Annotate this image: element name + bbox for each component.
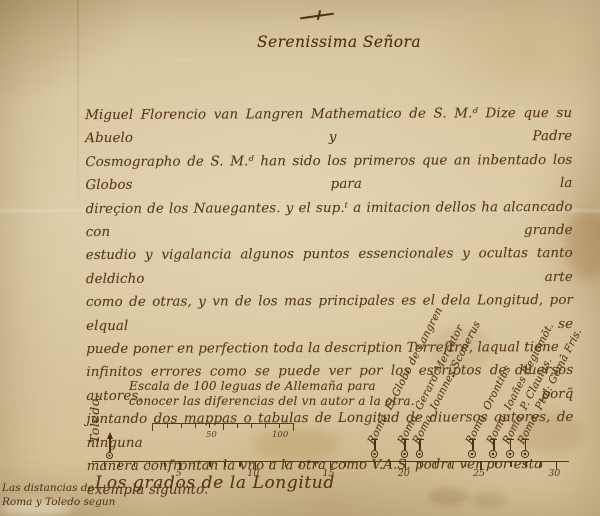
axis-tick	[525, 462, 526, 467]
letter-line: Miguel Florencio van Langren Mathematico…	[85, 102, 572, 151]
point-marker-icon	[521, 450, 529, 458]
letter-line: direçion de los Nauegantes. y el sup.ᵗ a…	[86, 196, 573, 245]
axis-tick-label: 25	[473, 468, 485, 479]
axis-tick	[300, 462, 301, 467]
cross-mark-icon	[298, 9, 336, 23]
axis-tick-label: 30	[548, 468, 560, 479]
letter-line: Cosmographo de S. M.ᵈ han sido los prime…	[85, 149, 572, 198]
axis-tick	[465, 462, 466, 467]
point-marker-icon	[489, 450, 497, 458]
letter-line: estudio y vigalancia algunos puntos esse…	[86, 242, 573, 291]
point-marker-icon	[401, 450, 409, 458]
axis-tick	[510, 462, 511, 467]
axis-tick	[345, 462, 346, 467]
point-marker-icon	[468, 450, 476, 458]
axis-tick	[285, 462, 286, 467]
axis-tick	[435, 462, 436, 467]
corner-note: Las distancias de Roma y Toledo segun	[2, 482, 115, 509]
axis-tick	[164, 462, 165, 467]
axis-tick	[134, 462, 135, 467]
corner-note-line2: Roma y Toledo segun	[2, 496, 115, 510]
axis-tick	[224, 462, 225, 467]
axis-tick	[390, 462, 391, 467]
axis-tick	[375, 462, 376, 467]
axis-tick	[239, 462, 240, 467]
axis-tick	[270, 462, 271, 467]
corner-note-line1: Las distancias de	[2, 482, 115, 496]
axis-tick	[360, 462, 361, 467]
axis-tick	[149, 462, 150, 467]
point-marker-icon	[506, 450, 514, 458]
axis-tick	[420, 462, 421, 467]
axis-tick	[104, 462, 105, 467]
axis-tick	[450, 462, 451, 467]
axis-tick-label: 20	[398, 468, 410, 479]
axis-tick	[194, 462, 195, 467]
axis-tick	[209, 462, 210, 467]
axis-tick	[119, 462, 120, 467]
x-axis-label: Los grados de la Longitud	[95, 473, 335, 493]
longitude-chart: Escala de 100 leguas de Allemaña para co…	[0, 320, 600, 516]
axis-tick	[495, 462, 496, 467]
point-marker-icon	[371, 450, 379, 458]
axis-tick	[540, 462, 541, 467]
point-marker-icon	[416, 450, 424, 458]
axis-tick	[315, 462, 316, 467]
letter-page: Serenissima Señora Miguel Florencio van …	[0, 0, 600, 516]
salutation: Serenissima Señora	[0, 33, 600, 51]
